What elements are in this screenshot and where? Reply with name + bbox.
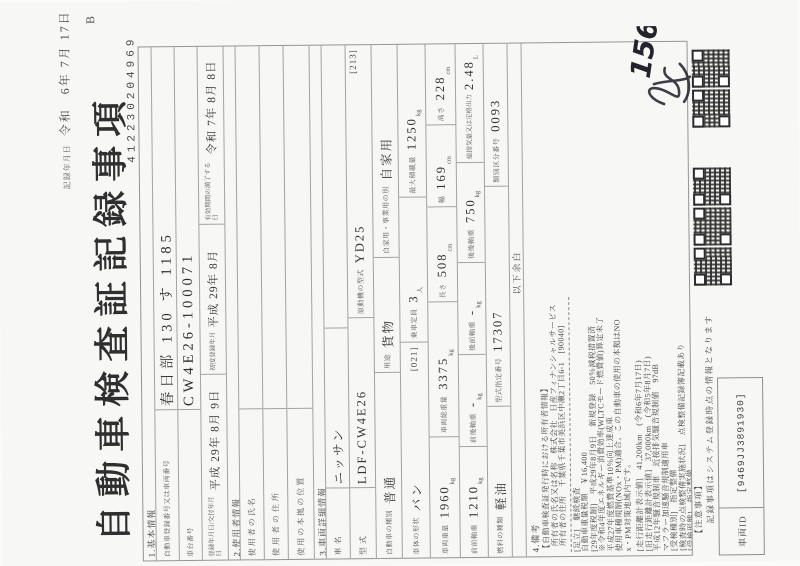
qr-code (692, 89, 730, 127)
record-table: 1.基本情報 自動車登録番号又は車両番号 春日部 130 す 1185 車台番号… (138, 41, 693, 562)
fuel-cell: 燃料の種類 軽油 (487, 407, 512, 557)
row-weights-dimensions: 車両重量 1960 kg 車両総重量 3375 kg 長さ 508 cm 幅 1… (425, 44, 460, 557)
expiry-date-value: 令和 7年 8月 8日 (202, 60, 219, 155)
class-number-value: 0093 (488, 99, 503, 132)
type-number-cell: 型式指定番号 17307 (485, 187, 510, 407)
max-load-label: 最大積載量 (407, 156, 417, 194)
axle-ff-value: 1210 (466, 485, 481, 518)
vehicle-duty-label: 自家用・事業用の別 (380, 186, 391, 254)
length-unit: cm (447, 243, 456, 251)
page-marker: B (83, 16, 98, 24)
displacement-unit: L (473, 55, 482, 59)
vehicle-weight-unit: kg (449, 478, 458, 485)
car-name-value-cell: ニッサン (324, 328, 349, 488)
model-label: 型式 (358, 533, 369, 555)
reg-number-label-cell: 自動車登録番号又は車両番号 (155, 410, 179, 560)
displacement-cell: 総排気量又は定格出力 2.48 L (456, 44, 484, 163)
expiry-date-label: 有効期間の満了する日 (204, 159, 219, 221)
reg-number-value: 春日部 130 す 1185 (154, 231, 177, 406)
width-unit: cm (446, 156, 455, 164)
reg-number-value-cell: 春日部 130 す 1185 (152, 47, 178, 410)
blank-note: 以下余白 (510, 250, 523, 294)
height-cell: 高さ 228 cm (426, 44, 456, 125)
body-shape-value: バン (407, 482, 425, 511)
vehicle-kind-label: 自動車の種別 (384, 510, 394, 555)
chassis-value-cell: CW4E26-100071 (175, 47, 201, 410)
class-number-cell: 類別区分番号 0093 (484, 44, 508, 187)
length-label: 長さ (438, 283, 448, 298)
qr-code (694, 247, 732, 285)
fuel-label: 燃料の種類 (495, 516, 505, 554)
vehicle-weight-label: 車両重量 (440, 524, 450, 554)
user-base-value-cell (284, 46, 313, 409)
vehicle-duty-value: 自家用 (376, 137, 394, 181)
row-shape-capacity: 車体の形状 バン [021] 乗車定員 3 人 最大積載量 1250 kg (397, 45, 430, 558)
width-label: 幅 (437, 196, 447, 204)
remarks-section: 4.備考 【自動車検査証発行時における所有者情報】 所有者の氏名又は名称 株式会… (521, 42, 692, 557)
row-model: 型式 LDF-CW4E26 原動機の型式 YD25 [213] (345, 45, 376, 558)
first-registration-cell: 初度登録年月 平成 29年 8月 (199, 225, 226, 375)
model-label-cell: 型式 (350, 488, 376, 558)
user-address-label-cell: 使用者の住所 (263, 409, 288, 559)
car-name-value: ニッサン (328, 427, 347, 484)
gross-weight-cell: 車両総重量 3375 kg (428, 302, 458, 437)
axle-rr-unit: kg (474, 191, 483, 198)
row-axle-weights: 前前軸重 1210 kg 前後軸重 - kg 後前軸重 - kg 後後軸重 75… (455, 44, 488, 557)
handwritten-156: 156 (624, 26, 665, 81)
car-name-label-cell: 車名 (326, 488, 350, 558)
vehicle-id-label: 車両ID (719, 507, 763, 554)
axle-rr-value: 750 (463, 198, 478, 223)
vehicle-use-value: 貨物 (378, 319, 396, 348)
vehicle-kind-value: 普通 (380, 475, 398, 504)
axle-rf-unit: kg (475, 301, 484, 308)
axle-rf-cell: 後前軸重 - kg (458, 263, 486, 355)
vehicle-kind-cell: 自動車の種別 普通 (375, 373, 402, 558)
engine-model-label: 原動機の型式 (355, 269, 365, 314)
registration-date-cell: 登録年月日/交付年月日 平成 29年 8月 9日 (201, 375, 228, 560)
width-value: 169 (434, 165, 449, 190)
engine-model-value: YD25 (352, 225, 367, 264)
vehicle-id-value: [9469JJ3891930] (718, 378, 763, 507)
axle-rf-value: - (464, 309, 479, 315)
row-kind-use: 自動車の種別 普通 用途 貨物 自家用・事業用の別 自家用 (371, 45, 402, 558)
user-address-value-cell (260, 46, 287, 409)
chassis-label-cell: 車台番号 (178, 410, 202, 560)
user-base-label-cell: 使用の本拠の位置 (287, 409, 314, 559)
axle-rf-label: 後前軸重 (467, 321, 477, 351)
height-unit: cm (445, 66, 454, 74)
axle-fr-cell: 前後軸重 - kg (459, 355, 487, 447)
vehicle-weight-value: 1960 (437, 485, 452, 518)
registration-date-label: 登録年月日/交付年月日 (208, 495, 223, 557)
axle-rr-label: 後後軸重 (466, 229, 476, 259)
page-title: 自動車検査証記録事項 (82, 92, 138, 543)
expiry-date-cell: 有効期間の満了する日 令和 7年 8月 8日 (198, 47, 225, 225)
width-cell: 幅 169 cm (426, 125, 456, 207)
axle-rr-cell: 後後軸重 750 kg (457, 163, 485, 263)
handwritten-annotation: 156 (623, 26, 696, 119)
height-value: 228 (433, 76, 448, 101)
caution-text: 記録事項はシステム登録時点の情報となります (702, 314, 716, 523)
displacement-label: 総排気量又は定格出力 (466, 94, 474, 159)
type-number-label: 型式指定番号 (493, 358, 503, 403)
body-shape-cell: 車体の形状 バン [021] (401, 342, 430, 557)
length-cell: 長さ 508 cm (427, 207, 457, 302)
registration-date-value: 平成 29年 8月 9日 (206, 390, 223, 491)
scanned-document: B 記録年月日令和 6年 7月 17日 412230204969 自動車検査証記… (0, 0, 800, 566)
vehicle-weight-cell: 車両重量 1960 kg (430, 437, 460, 557)
type-number-value: 17307 (490, 310, 505, 351)
displacement-value: 2.48 (462, 60, 477, 90)
vehicle-id-box: 車両ID [9469JJ3891930] (717, 377, 765, 555)
record-date: 記録年月日令和 6年 7月 17日 (55, 10, 74, 189)
car-name-empty-cell (322, 45, 348, 328)
reg-number-label: 自動車登録番号又は車両番号 (162, 460, 173, 558)
user-name-value-cell (236, 46, 263, 409)
length-value: 508 (435, 253, 450, 278)
capacity-label: 乗車定員 (409, 309, 419, 339)
axle-ff-unit: kg (477, 477, 486, 484)
row-dates: 登録年月日/交付年月日 平成 29年 8月 9日 初度登録年月 平成 29年 8… (197, 47, 228, 560)
body-shape-code: [021] (409, 347, 419, 372)
car-name-label: 車名 (333, 533, 344, 555)
class-number-label: 類別区分番号 (491, 138, 501, 183)
engine-model-cell: 原動機の型式 YD25 [213] (346, 45, 374, 318)
axle-ff-label: 前前軸重 (469, 524, 479, 554)
capacity-unit: 人 (415, 287, 426, 294)
user-name-label-cell: 使用者の氏名 (239, 409, 264, 559)
capacity-cell: 乗車定員 3 人 (399, 197, 428, 342)
axle-fr-value: - (465, 401, 480, 407)
record-date-value: 令和 6年 7月 17日 (57, 10, 72, 136)
user-address-label: 使用者の住所 (270, 490, 282, 556)
capacity-value: 3 (406, 294, 421, 302)
qr-code (693, 207, 731, 245)
model-value: LDF-CW4E26 (354, 390, 370, 484)
qr-code (693, 167, 731, 205)
height-label: 高さ (436, 106, 446, 121)
body-shape-label: 車体の形状 (411, 517, 421, 555)
max-load-cell: 最大積載量 1250 kg (398, 45, 427, 198)
first-registration-label: 初度登録年月 (210, 332, 217, 371)
vehicle-duty-cell: 自家用・事業用の別 自家用 (372, 45, 399, 258)
model-value-cell: LDF-CW4E26 (348, 318, 375, 488)
fuel-value: 軽油 (491, 481, 509, 510)
row-user-base: 使用の本拠の位置 (283, 46, 314, 559)
gross-weight-label: 車両総重量 (439, 396, 449, 434)
user-name-label: 使用者の氏名 (246, 496, 258, 556)
gross-weight-unit: kg (448, 349, 457, 356)
max-load-unit: kg (415, 110, 424, 117)
record-date-label: 記録年月日 (63, 144, 72, 189)
vehicle-inspection-record-page: B 記録年月日令和 6年 7月 17日 412230204969 自動車検査証記… (0, 0, 800, 566)
caution-header: 【注意事項】 (692, 481, 705, 538)
axle-fr-label: 前後軸重 (468, 413, 478, 443)
user-base-label: 使用の本拠の位置 (295, 476, 307, 556)
vehicle-use-cell: 用途 貨物 (374, 258, 400, 373)
qr-code (692, 49, 730, 87)
max-load-value: 1250 (404, 117, 419, 150)
axle-ff-cell: 前前軸重 1210 kg (460, 447, 488, 557)
chassis-value: CW4E26-100071 (179, 252, 198, 406)
axle-fr-unit: kg (476, 393, 485, 400)
vehicle-use-label: 用途 (382, 354, 392, 369)
chassis-label: 車台番号 (186, 527, 196, 557)
gross-weight-value: 3375 (436, 357, 451, 390)
engine-bracket-code: [213] (348, 49, 358, 74)
first-registration-value: 平成 29年 8月 (204, 250, 221, 328)
